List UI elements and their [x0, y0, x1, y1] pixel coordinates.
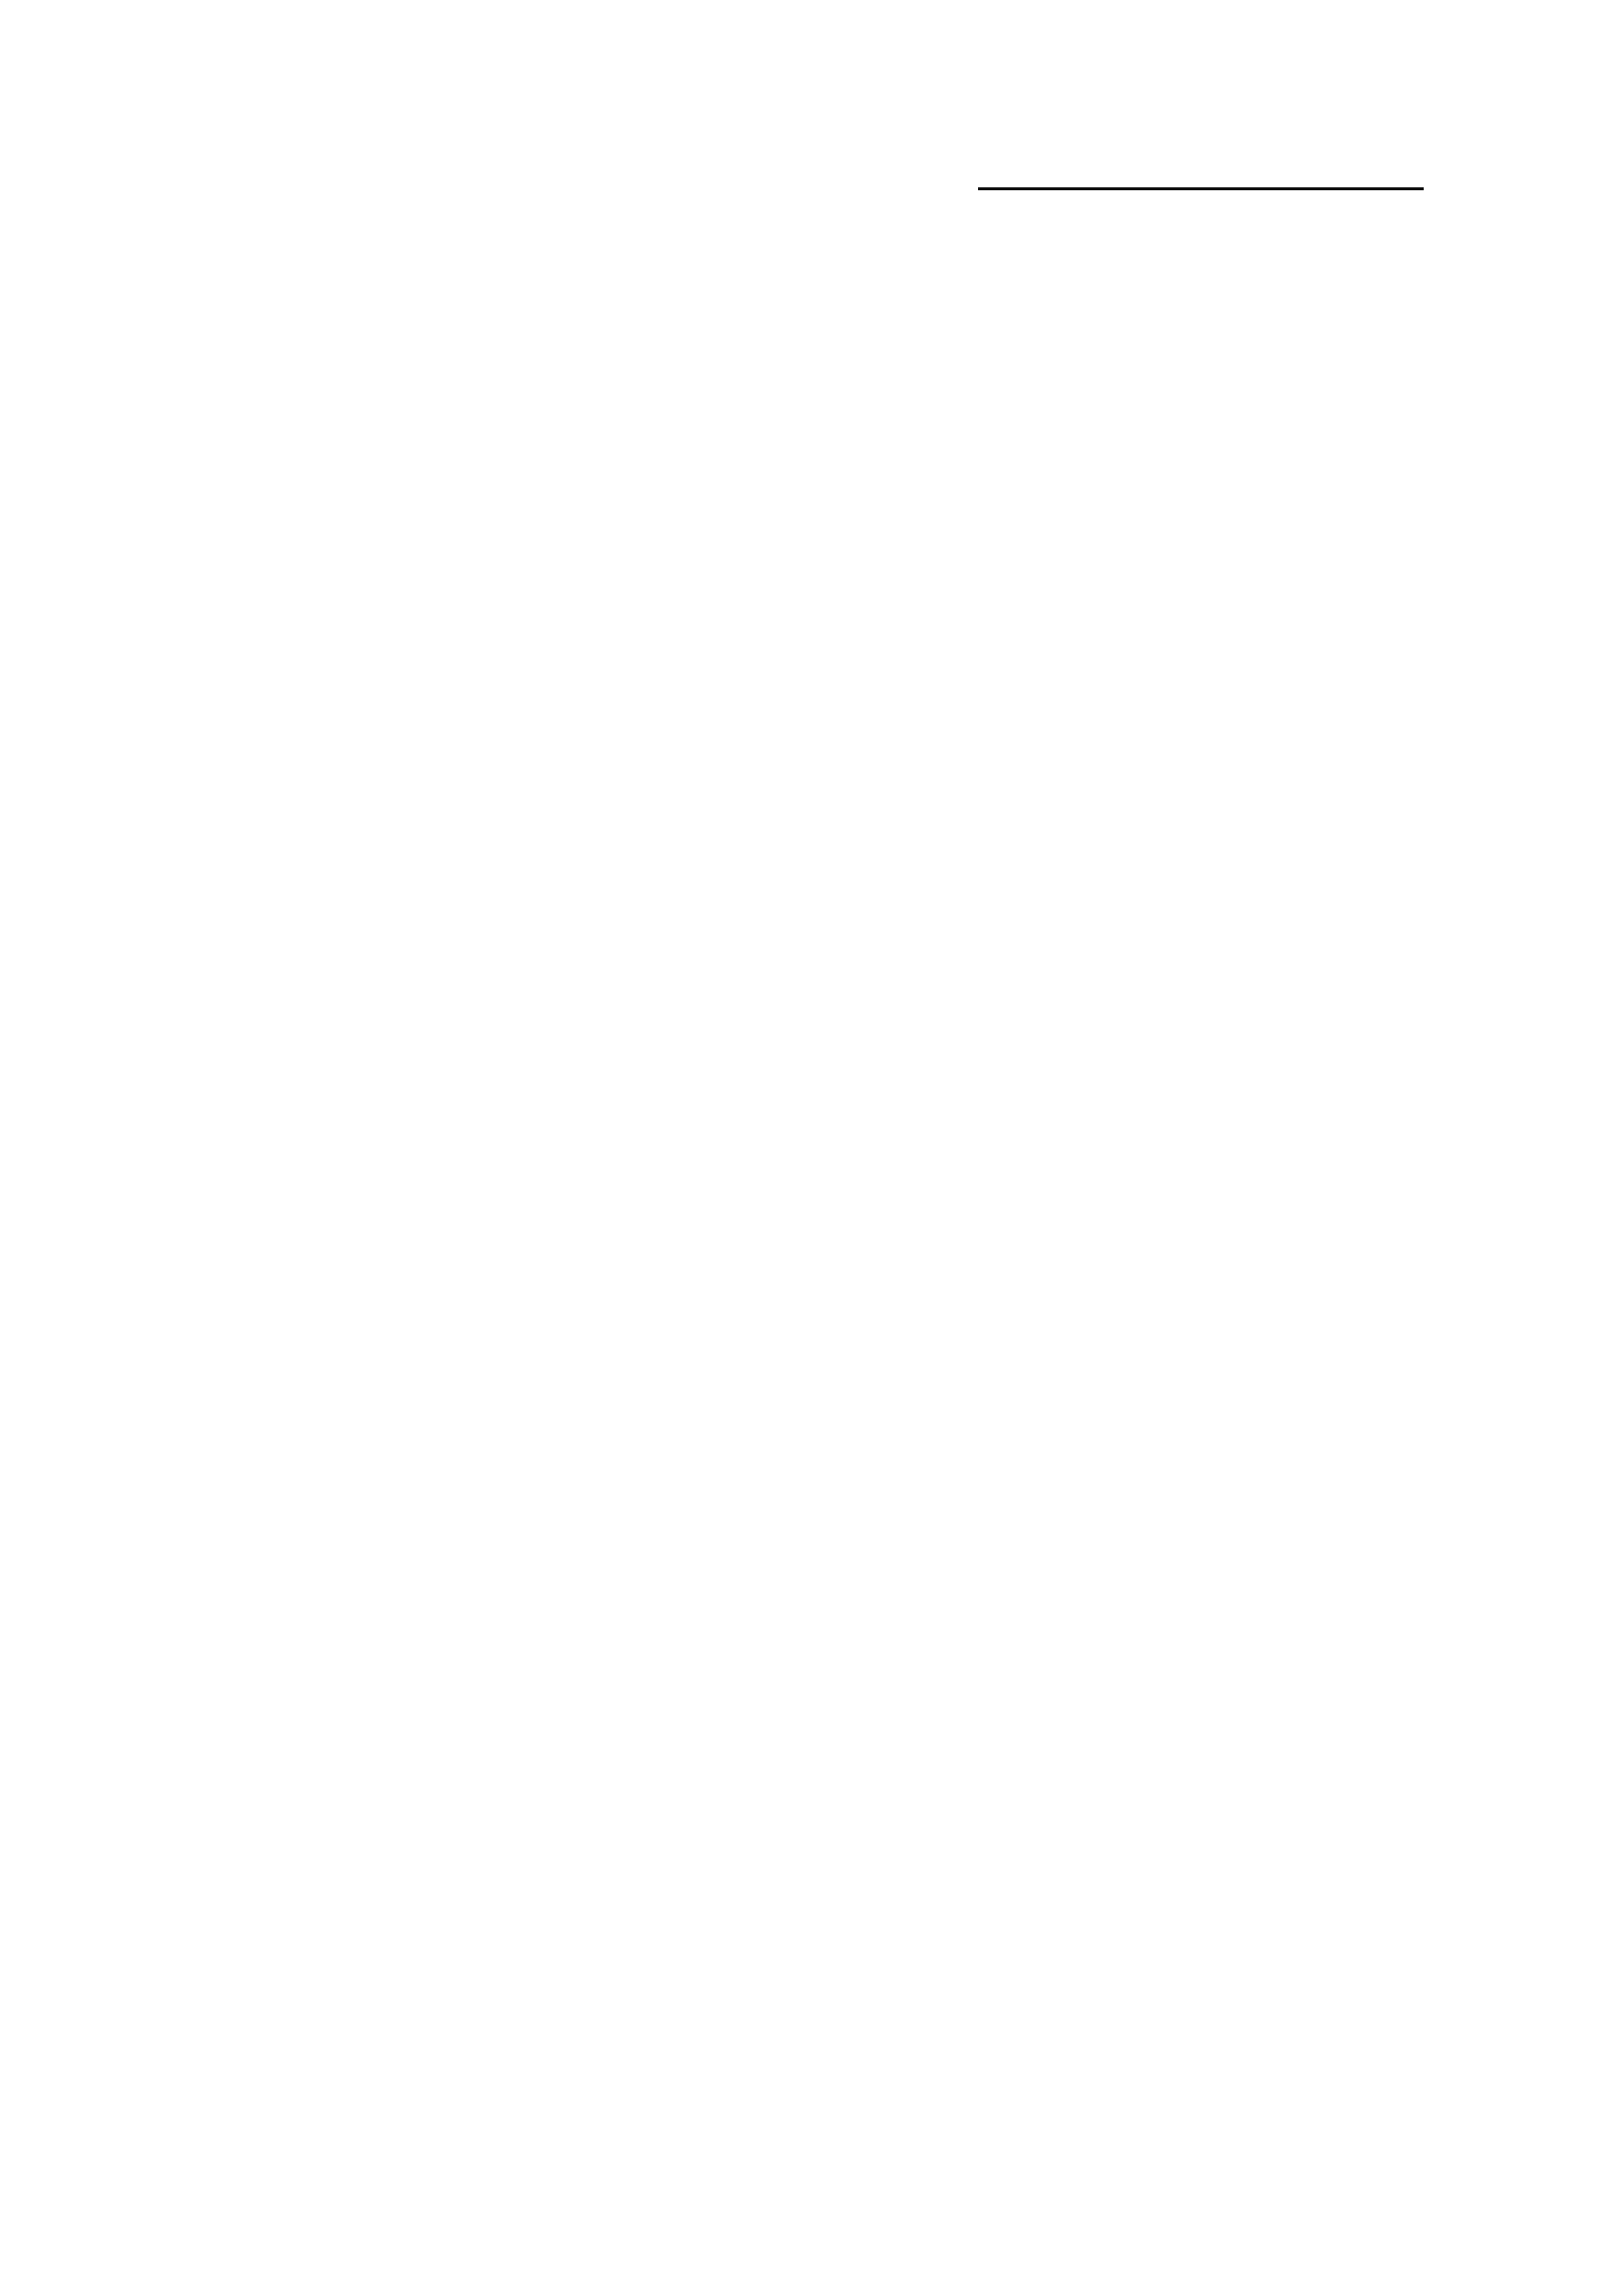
- text-line: [197, 412, 1410, 481]
- scripture-line: [288, 698, 1410, 767]
- scripture-line: [197, 939, 1410, 1009]
- scripture-line: [197, 1099, 1410, 1168]
- text-line: [197, 580, 1410, 649]
- scripture-line: [197, 779, 1410, 848]
- scripture-line: [197, 1260, 1410, 1329]
- scripture-line: [197, 860, 1410, 929]
- text-line: [197, 496, 1410, 565]
- text-line: [197, 244, 1410, 313]
- scripture-line: [197, 1339, 1410, 1408]
- scripture-line: [197, 1019, 1410, 1088]
- scripture-line: [197, 1180, 1410, 1249]
- text-line: [288, 327, 1410, 396]
- running-header: [978, 144, 1424, 190]
